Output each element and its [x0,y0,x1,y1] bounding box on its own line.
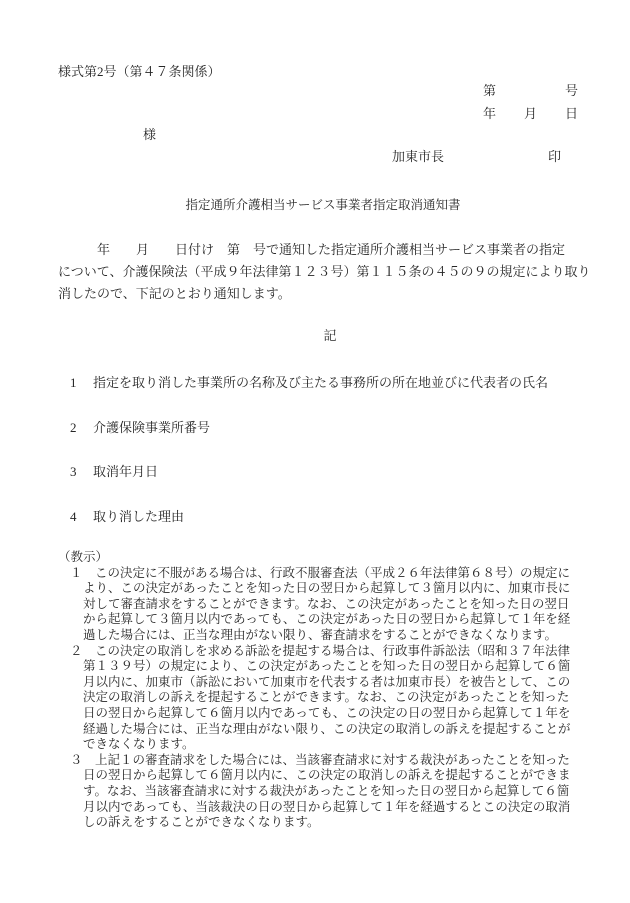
item-text: 取消年月日 [93,464,158,479]
sender-title: 加東市長 [392,146,444,168]
item-number: 1 [70,372,77,394]
text-line: について、介護保険法（平成９年法律第１２３号）第１１５条の４５の９の規定により取… [58,261,592,283]
item-list: 1 指定を取り消した事業所の名称及び主たる事務所の所在地並びに代表者の氏名 2 … [58,372,592,550]
form-number-note: 様式第2号（第４７条関係） [58,61,221,83]
text-line: 月以内に、加東市（訴訟において加東市を代表する者は加東市長）を被告として、この [83,675,592,691]
text-line: 第１３９号）の規定により、この決定があったことを知った日の翌日から起算して６箇 [83,659,592,675]
kyoji-heading: （教示） [58,550,592,566]
text-line: 対して審査請求をすることができます。なお、この決定があったことを知った日の翌日 [83,597,592,613]
kyoji-section: （教示） １ この決定に不服がある場合は、行政不服審査法（平成２６年法律第６８号… [58,550,592,831]
document-title: 指定通所介護相当サービス事業者指定取消通知書 [58,194,588,216]
kyoji-item-1: １ この決定に不服がある場合は、行政不服審査法（平成２６年法律第６８号）の規定に… [58,566,592,644]
text-line: より、この決定があったことを知った日の翌日から起算して３箇月以内に、加東市長に [83,581,592,597]
text-line: す。なお、当該審査請求に対する裁決があったことを知った日の翌日から起算して６箇 [83,784,592,800]
text-line: ２ この決定の取消しを求める訴訟を提起する場合は、行政事件訴訟法（昭和３７年法律 [70,644,592,660]
sender-line: 加東市長 印 [392,146,561,168]
text-line: 日の翌日から起算して６箇月以内であっても、この決定の日の翌日から起算して１年を [83,706,592,722]
text-line: 月以内であっても、当該裁決の日の翌日から起算して１年を経過するとこの決定の取消 [83,800,592,816]
item-number: 4 [70,506,77,528]
date-day-label: 日 [565,103,578,125]
list-item-3: 3 取消年月日 [58,461,592,483]
kyoji-item-3: ３ 上記１の審査請求をした場合には、当該審査請求に対する裁決があったことを知った… [58,753,592,831]
text-line: ３ 上記１の審査請求をした場合には、当該審査請求に対する裁決があったことを知った [70,753,592,769]
item-text: 指定を取り消した事業所の名称及び主たる事務所の所在地並びに代表者の氏名 [93,375,548,390]
item-text: 取り消した理由 [93,509,184,524]
text-line: 経過した場合には、正当な理由がない限り、この決定の取消しの訴えを提起することが [83,722,592,738]
seal-mark: 印 [548,146,561,168]
text-line: 年 月 日付け 第 号で通知した指定通所介護相当サービス事業者の指定 [58,239,592,261]
list-item-4: 4 取り消した理由 [58,506,592,528]
item-text: 介護保険事業所番号 [93,420,210,435]
document-page: 様式第2号（第４７条関係） 第 号 年 月 日 様 加東市長 印 指定通所介護相… [0,0,630,903]
kyoji-item-2: ２ この決定の取消しを求める訴訟を提起する場合は、行政事件訴訟法（昭和３７年法律… [58,644,592,753]
text-line: できなくなります。 [83,737,592,753]
date-line: 年 月 日 [483,103,578,125]
addressee-honorific: 様 [143,124,156,146]
text-line: 決定の取消しの訴えを提起することができます。なお、この決定があったことを知った [83,690,592,706]
record-heading: 記 [58,325,588,347]
list-item-1: 1 指定を取り消した事業所の名称及び主たる事務所の所在地並びに代表者の氏名 [58,372,592,394]
text-line: から起算して３箇月以内であっても、この決定があった日の翌日から起算して１年を経 [83,612,592,628]
date-year-label: 年 [483,103,496,125]
item-number: 2 [70,417,77,439]
text-line: 過した場合には、正当な理由がない限り、審査請求をすることができなくなります。 [83,628,592,644]
doc-number-prefix: 第 [483,80,496,102]
text-line: 日の翌日から起算して６箇月以内に、この決定の取消しの訴えを提起することができま [83,768,592,784]
doc-number-suffix: 号 [565,80,578,102]
item-number: 3 [70,461,77,483]
text-line: 消したので、下記のとおり通知します。 [58,283,592,305]
document-number-line: 第 号 [483,80,578,102]
body-paragraph: 年 月 日付け 第 号で通知した指定通所介護相当サービス事業者の指定について、介… [58,239,592,305]
text-line: しの訴えをすることができなくなります。 [83,815,592,831]
list-item-2: 2 介護保険事業所番号 [58,417,592,439]
text-line: １ この決定に不服がある場合は、行政不服審査法（平成２６年法律第６８号）の規定に [70,566,592,582]
date-month-label: 月 [524,103,537,125]
